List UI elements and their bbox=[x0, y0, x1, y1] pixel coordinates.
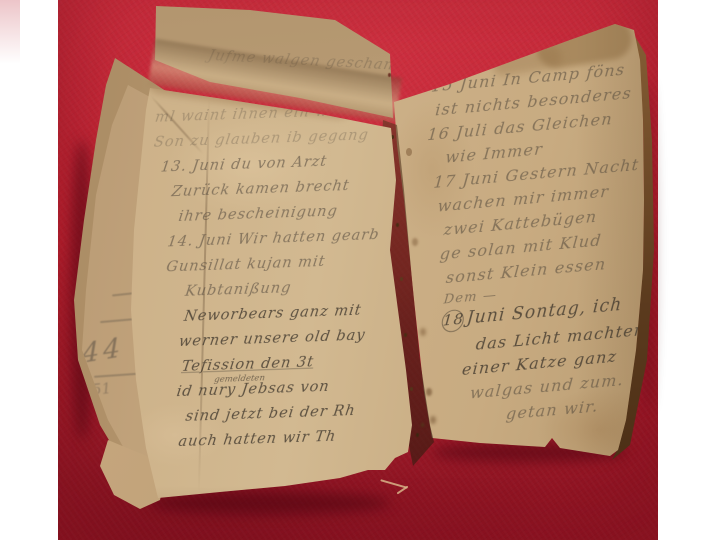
inserted-word: gemeldeten bbox=[213, 373, 265, 385]
right-page-text: 15 Juni In Camp föns ist nichts besonder… bbox=[418, 59, 661, 433]
foxing-spots bbox=[406, 148, 412, 156]
left-page-text: ml waint ihnen ein wint Son zu glauben i… bbox=[152, 102, 386, 460]
circled-date: 18 bbox=[441, 309, 465, 333]
diary-photo: 44 51 Jufme walgen geschan 15 Juni In Ca… bbox=[0, 0, 720, 540]
stack-page-number: 44 bbox=[82, 333, 124, 371]
book-shadow-bottom-left bbox=[150, 492, 390, 514]
photo-edge-smudge bbox=[0, 0, 20, 64]
